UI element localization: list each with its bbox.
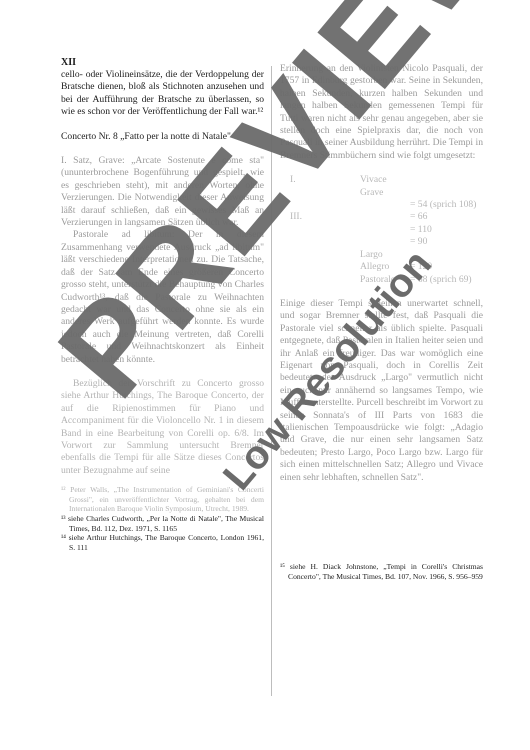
tempo-row: I.Vivace [290,174,483,186]
column-divider [271,66,272,696]
tempo-row: Allegro= 120 [290,261,483,273]
tempo-row: Largo [290,249,483,261]
paragraph: I. Satz, Grave: „Arcate Sostenute e come… [61,155,264,229]
right-column: Erinnerung an den Violinisten Nicolo Pas… [280,63,483,581]
tempo-row: = 110 [290,224,483,236]
tempo-row: Pastorale= 68 (sprich 69) [290,274,483,286]
paragraph: Pastorale ad libitum: Der in diesem Zusa… [61,229,264,365]
tempo-row: = 54 (sprich 108) [290,199,483,211]
section-heading: Concerto Nr. 8 „Fatto per la notte di Na… [61,131,264,143]
tempo-row: Grave [290,187,483,199]
left-column: cello- oder Violineinsätze, die der Verd… [61,69,264,552]
paragraph: Erinnerung an den Violinisten Nicolo Pas… [280,63,483,162]
paragraph: Einige dieser Tempi scheinen unerwartet … [280,298,483,484]
footnote: ¹³ siehe Charles Cudworth, „Per la Notte… [61,514,264,533]
footnote: ¹⁵ siehe H. Diack Johnstone, „Tempi in C… [280,562,483,581]
tempo-row: = 90 [290,236,483,248]
tempo-row: III.= 66 [290,211,483,223]
footnotes: ¹² Peter Walls, „The Instrumentation of … [61,485,264,552]
paragraph: Bezüglich der Vorschrift zu Concerto gro… [61,378,264,477]
footnotes: ¹⁵ siehe H. Diack Johnstone, „Tempi in C… [280,562,483,581]
paragraph: cello- oder Violineinsätze, die der Verd… [61,69,264,119]
document-page: XII cello- oder Violineinsätze, die der … [0,0,530,750]
tempo-table: I.Vivace Grave = 54 (sprich 108) III.= 6… [280,174,483,286]
footnote: ¹⁴ siehe Arthur Hutchings, The Baroque C… [61,533,264,552]
page-number: XII [61,57,76,68]
footnote: ¹² Peter Walls, „The Instrumentation of … [61,485,264,514]
